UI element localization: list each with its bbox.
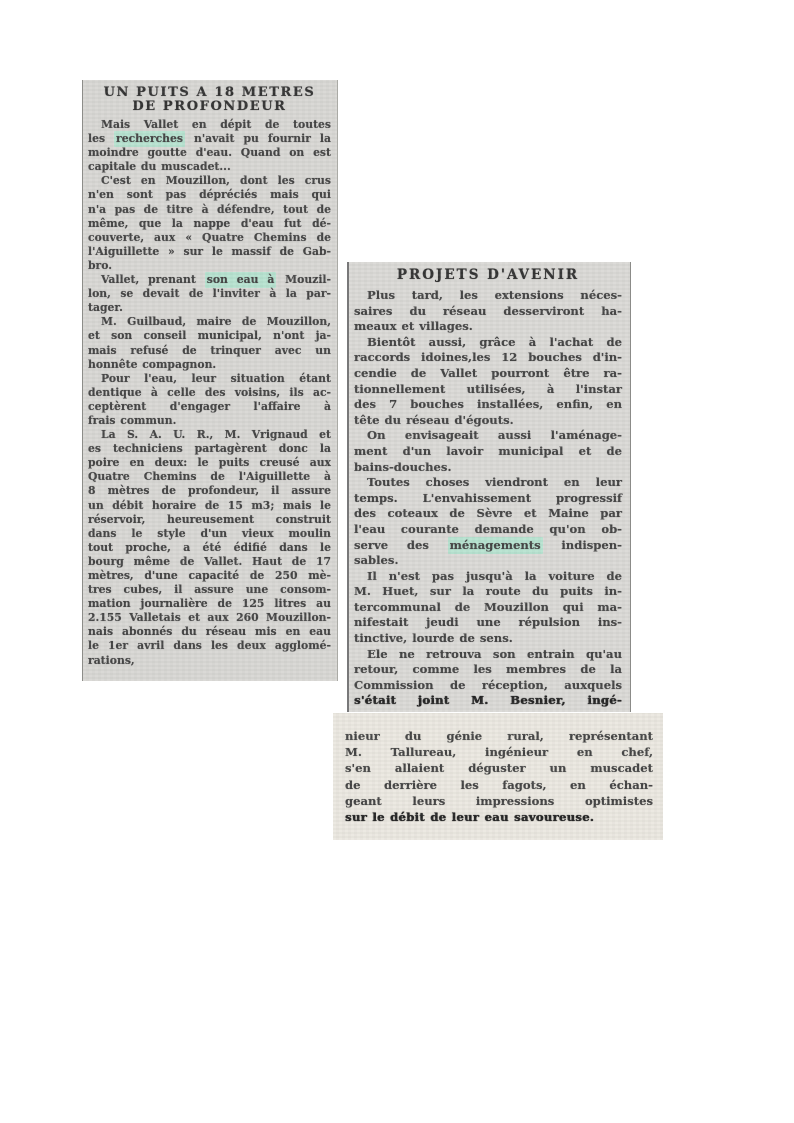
text-line: tercommunal de Mouzillon qui ma- (354, 600, 622, 616)
text-segment: réservoir, heureusement construit (88, 513, 331, 526)
text-line: ceptèrent d'engager l'affaire à (88, 400, 331, 414)
text-segment: raccords idoines,les 12 bouches d'in- (354, 350, 622, 364)
text-segment: le 1er avril dans les deux agglomé- (88, 639, 331, 652)
text-segment: mais refusé de trinquer avec un (88, 344, 331, 357)
text-segment: n'a pas de titre à défendre, tout de (88, 203, 331, 216)
text-segment: dentique à celle des voisins, ils ac- (88, 386, 331, 399)
text-line: mètres, d'une capacité de 250 mè- (88, 569, 331, 583)
text-segment: sur le débit de leur eau savoureuse. (345, 810, 594, 824)
text-segment: bourg même de Vallet. Haut de 17 (88, 555, 331, 568)
text-line: tinctive, lourde de sens. (354, 631, 622, 647)
text-segment: geant leurs impressions optimistes (345, 794, 653, 808)
text-line: Bientôt aussi, grâce à l'achat de (354, 335, 622, 351)
text-segment: l'Aiguillette » sur le massif de Gab- (88, 245, 331, 258)
text-segment: Pour l'eau, leur situation étant (101, 372, 331, 385)
highlighted-text: recherches (114, 131, 185, 147)
newspaper-clipping-left: UN PUITS A 18 METRESDE PROFONDEUR Mais V… (82, 80, 338, 681)
text-line: couverte, aux « Quatre Chemins de (88, 231, 331, 245)
text-segment: capitale du muscadet... (88, 160, 231, 173)
text-segment: Plus tard, les extensions néces- (367, 288, 622, 302)
text-line: dans le style d'un vieux moulin (88, 527, 331, 541)
text-segment: Mouzil- (276, 273, 331, 286)
text-line: l'Aiguillette » sur le massif de Gab- (88, 245, 331, 259)
text-segment: Bientôt aussi, grâce à l'achat de (367, 335, 622, 349)
text-line: frais commun. (88, 414, 331, 428)
text-segment: l'eau courante demande qu'on ob- (354, 522, 622, 536)
article-headline: UN PUITS A 18 METRESDE PROFONDEUR (88, 86, 331, 114)
text-line: le 1er avril dans les deux agglomé- (88, 639, 331, 653)
highlighted-text: ménagements (448, 537, 543, 554)
text-segment: tête du réseau d'égouts. (354, 413, 514, 427)
text-line: rations, (88, 654, 331, 668)
text-segment: M. Guilbaud, maire de Mouzillon, (101, 315, 331, 328)
article-body: nieur du génie rural, représentantM. Tal… (345, 728, 653, 825)
text-segment: s'était joint M. Besnier, ingé- (354, 693, 622, 707)
text-segment: bro. (88, 259, 112, 272)
text-segment: ment d'un lavoir municipal et de (354, 444, 622, 458)
text-line: saires du réseau desserviront ha- (354, 304, 622, 320)
clipping-inner: UN PUITS A 18 METRESDE PROFONDEUR Mais V… (83, 80, 337, 681)
headline-line: PROJETS D'AVENIR (354, 267, 622, 283)
article-body: Plus tard, les extensions néces-saires d… (354, 288, 622, 709)
text-segment: Il n'est pas jusqu'à la voiture de (367, 569, 622, 583)
text-line: retour, comme les membres de la (354, 662, 622, 678)
text-segment: indispen- (543, 538, 622, 552)
text-line: réservoir, heureusement construit (88, 513, 331, 527)
text-segment: retour, comme les membres de la (354, 662, 622, 676)
text-segment: de derrière les fagots, en échan- (345, 778, 653, 792)
text-segment: couverte, aux « Quatre Chemins de (88, 231, 331, 244)
text-segment: lon, se devait de l'inviter à la par- (88, 287, 331, 300)
text-segment: honnête compagnon. (88, 358, 216, 371)
text-line: Il n'est pas jusqu'à la voiture de (354, 569, 622, 585)
text-line: tres cubes, il assure une consom- (88, 583, 331, 597)
text-line: ment d'un lavoir municipal et de (354, 444, 622, 460)
text-segment: tout proche, a été édifié dans le (88, 541, 331, 554)
text-line: sables. (354, 553, 622, 569)
text-line: s'était joint M. Besnier, ingé- (354, 693, 622, 709)
text-segment: tercommunal de Mouzillon qui ma- (354, 600, 622, 614)
text-segment: tager. (88, 301, 123, 314)
text-line: honnête compagnon. (88, 358, 331, 372)
text-line: C'est en Mouzillon, dont les crus (88, 174, 331, 188)
text-line: Vallet, prenant son eau à Mouzil- (88, 273, 331, 287)
text-line: lon, se devait de l'inviter à la par- (88, 287, 331, 301)
clipping-inner: PROJETS D'AVENIR Plus tard, les extensio… (349, 262, 630, 712)
text-line: mais refusé de trinquer avec un (88, 344, 331, 358)
text-segment: et son conseil municipal, n'ont ja- (88, 329, 331, 342)
text-line: bro. (88, 259, 331, 273)
text-line: meaux et villages. (354, 319, 622, 335)
text-line: La S. A. U. R., M. Vrignaud et (88, 428, 331, 442)
text-segment: temps. L'envahissement progressif (354, 491, 622, 505)
text-segment: C'est en Mouzillon, dont les crus (101, 174, 331, 187)
text-segment: M. Huet, sur la route du puits in- (354, 584, 622, 598)
text-line: tionnellement utilisées, à l'instar (354, 382, 622, 398)
text-segment: des coteaux de Sèvre et Maine par (354, 506, 622, 520)
text-line: dentique à celle des voisins, ils ac- (88, 386, 331, 400)
text-line: n'a pas de titre à défendre, tout de (88, 203, 331, 217)
text-segment: rations, (88, 654, 135, 667)
scanned-newspaper-page: { "page": { "background": "#ffffff", "pa… (0, 0, 794, 1123)
text-line: raccords idoines,les 12 bouches d'in- (354, 350, 622, 366)
text-segment: ceptèrent d'engager l'affaire à (88, 400, 331, 413)
text-segment: Ele ne retrouva son entrain qu'au (367, 647, 622, 661)
text-line: Ele ne retrouva son entrain qu'au (354, 647, 622, 663)
text-segment: dans le style d'un vieux moulin (88, 527, 331, 540)
text-segment: un débit horaire de 15 m3; mais le (88, 499, 331, 512)
text-line: sur le débit de leur eau savoureuse. (345, 809, 653, 825)
text-line: un débit horaire de 15 m3; mais le (88, 499, 331, 513)
text-line: Plus tard, les extensions néces- (354, 288, 622, 304)
text-segment: n'en sont pas dépréciés mais qui (88, 188, 331, 201)
text-segment: sables. (354, 553, 399, 567)
text-segment: nifestait jeudi une répulsion ins- (354, 615, 622, 629)
text-line: 8 mètres de profondeur, il assure (88, 484, 331, 498)
text-segment: tres cubes, il assure une consom- (88, 583, 331, 596)
text-segment: s'en allaient déguster un muscadet (345, 761, 653, 775)
text-segment: nieur du génie rural, représentant (345, 729, 653, 743)
text-segment: M. Tallureau, ingénieur en chef, (345, 745, 653, 759)
text-segment: tinctive, lourde de sens. (354, 631, 513, 645)
text-segment: n'avait pu fournir la (185, 132, 331, 145)
text-segment: cendie de Vallet pourront être ra- (354, 366, 622, 380)
text-line: mation journalière de 125 litres au (88, 597, 331, 611)
text-line: tête du réseau d'égouts. (354, 413, 622, 429)
text-segment: les (88, 132, 114, 145)
text-line: nais abonnés du réseau mis en eau (88, 625, 331, 639)
text-segment: mation journalière de 125 litres au (88, 597, 331, 610)
text-line: et son conseil municipal, n'ont ja- (88, 329, 331, 343)
text-line: l'eau courante demande qu'on ob- (354, 522, 622, 538)
text-line: moindre goutte d'eau. Quand on est (88, 146, 331, 160)
text-segment: 8 mètres de profondeur, il assure (88, 484, 331, 497)
text-line: es techniciens partagèrent donc la (88, 442, 331, 456)
text-segment: nais abonnés du réseau mis en eau (88, 625, 331, 638)
text-line: 2.155 Valletais et aux 260 Mouzillon- (88, 611, 331, 625)
newspaper-clipping-right: PROJETS D'AVENIR Plus tard, les extensio… (347, 262, 631, 712)
highlighted-text: son eau à (205, 272, 277, 288)
text-line: nieur du génie rural, représentant (345, 728, 653, 744)
text-line: Quatre Chemins de l'Aiguillette à (88, 470, 331, 484)
text-line: Mais Vallet en dépit de toutes (88, 118, 331, 132)
article-headline: PROJETS D'AVENIR (354, 267, 622, 283)
text-segment: Quatre Chemins de l'Aiguillette à (88, 470, 331, 483)
text-line: Toutes choses viendront en leur (354, 475, 622, 491)
text-segment: es techniciens partagèrent donc la (88, 442, 331, 455)
text-line: M. Huet, sur la route du puits in- (354, 584, 622, 600)
text-segment: moindre goutte d'eau. Quand on est (88, 146, 331, 159)
text-segment: Mais Vallet en dépit de toutes (101, 118, 331, 131)
text-line: geant leurs impressions optimistes (345, 793, 653, 809)
text-line: tager. (88, 301, 331, 315)
text-line: temps. L'envahissement progressif (354, 491, 622, 507)
text-line: des coteaux de Sèvre et Maine par (354, 506, 622, 522)
text-line: M. Guilbaud, maire de Mouzillon, (88, 315, 331, 329)
text-line: même, que la nappe d'eau fut dé- (88, 217, 331, 231)
text-line: M. Tallureau, ingénieur en chef, (345, 744, 653, 760)
text-line: tout proche, a été édifié dans le (88, 541, 331, 555)
text-segment: On envisageait aussi l'aménage- (367, 428, 622, 442)
text-segment: Toutes choses viendront en leur (367, 475, 622, 489)
newspaper-clipping-bottom: nieur du génie rural, représentantM. Tal… (333, 713, 663, 840)
text-line: nifestait jeudi une répulsion ins- (354, 615, 622, 631)
text-segment: des 7 bouches installées, enfin, en (354, 397, 622, 411)
headline-line: DE PROFONDEUR (88, 100, 331, 114)
text-segment: poire en deux: le puits creusé aux (88, 456, 331, 469)
text-segment: bains-douches. (354, 460, 452, 474)
text-segment: meaux et villages. (354, 319, 473, 333)
text-segment: Vallet, prenant (101, 273, 205, 286)
text-segment: serve des (354, 538, 448, 552)
text-line: de derrière les fagots, en échan- (345, 777, 653, 793)
text-line: Commission de réception, auxquels (354, 678, 622, 694)
text-segment: mètres, d'une capacité de 250 mè- (88, 569, 331, 582)
text-line: poire en deux: le puits creusé aux (88, 456, 331, 470)
text-segment: La S. A. U. R., M. Vrignaud et (101, 428, 331, 441)
text-segment: tionnellement utilisées, à l'instar (354, 382, 622, 396)
text-line: bourg même de Vallet. Haut de 17 (88, 555, 331, 569)
text-line: serve des ménagements indispen- (354, 538, 622, 554)
text-line: cendie de Vallet pourront être ra- (354, 366, 622, 382)
text-line: bains-douches. (354, 460, 622, 476)
text-segment: Commission de réception, auxquels (354, 678, 622, 692)
text-segment: frais commun. (88, 414, 176, 427)
clipping-inner: nieur du génie rural, représentantM. Tal… (333, 713, 663, 840)
text-segment: 2.155 Valletais et aux 260 Mouzillon- (88, 611, 331, 624)
article-body: Mais Vallet en dépit de toutesles recher… (88, 118, 331, 668)
text-line: des 7 bouches installées, enfin, en (354, 397, 622, 413)
text-line: On envisageait aussi l'aménage- (354, 428, 622, 444)
text-line: les recherches n'avait pu fournir la (88, 132, 331, 146)
headline-line: UN PUITS A 18 METRES (88, 86, 331, 100)
text-line: s'en allaient déguster un muscadet (345, 760, 653, 776)
text-segment: même, que la nappe d'eau fut dé- (88, 217, 331, 230)
text-line: n'en sont pas dépréciés mais qui (88, 188, 331, 202)
text-line: capitale du muscadet... (88, 160, 331, 174)
text-line: Pour l'eau, leur situation étant (88, 372, 331, 386)
text-segment: saires du réseau desserviront ha- (354, 304, 622, 318)
